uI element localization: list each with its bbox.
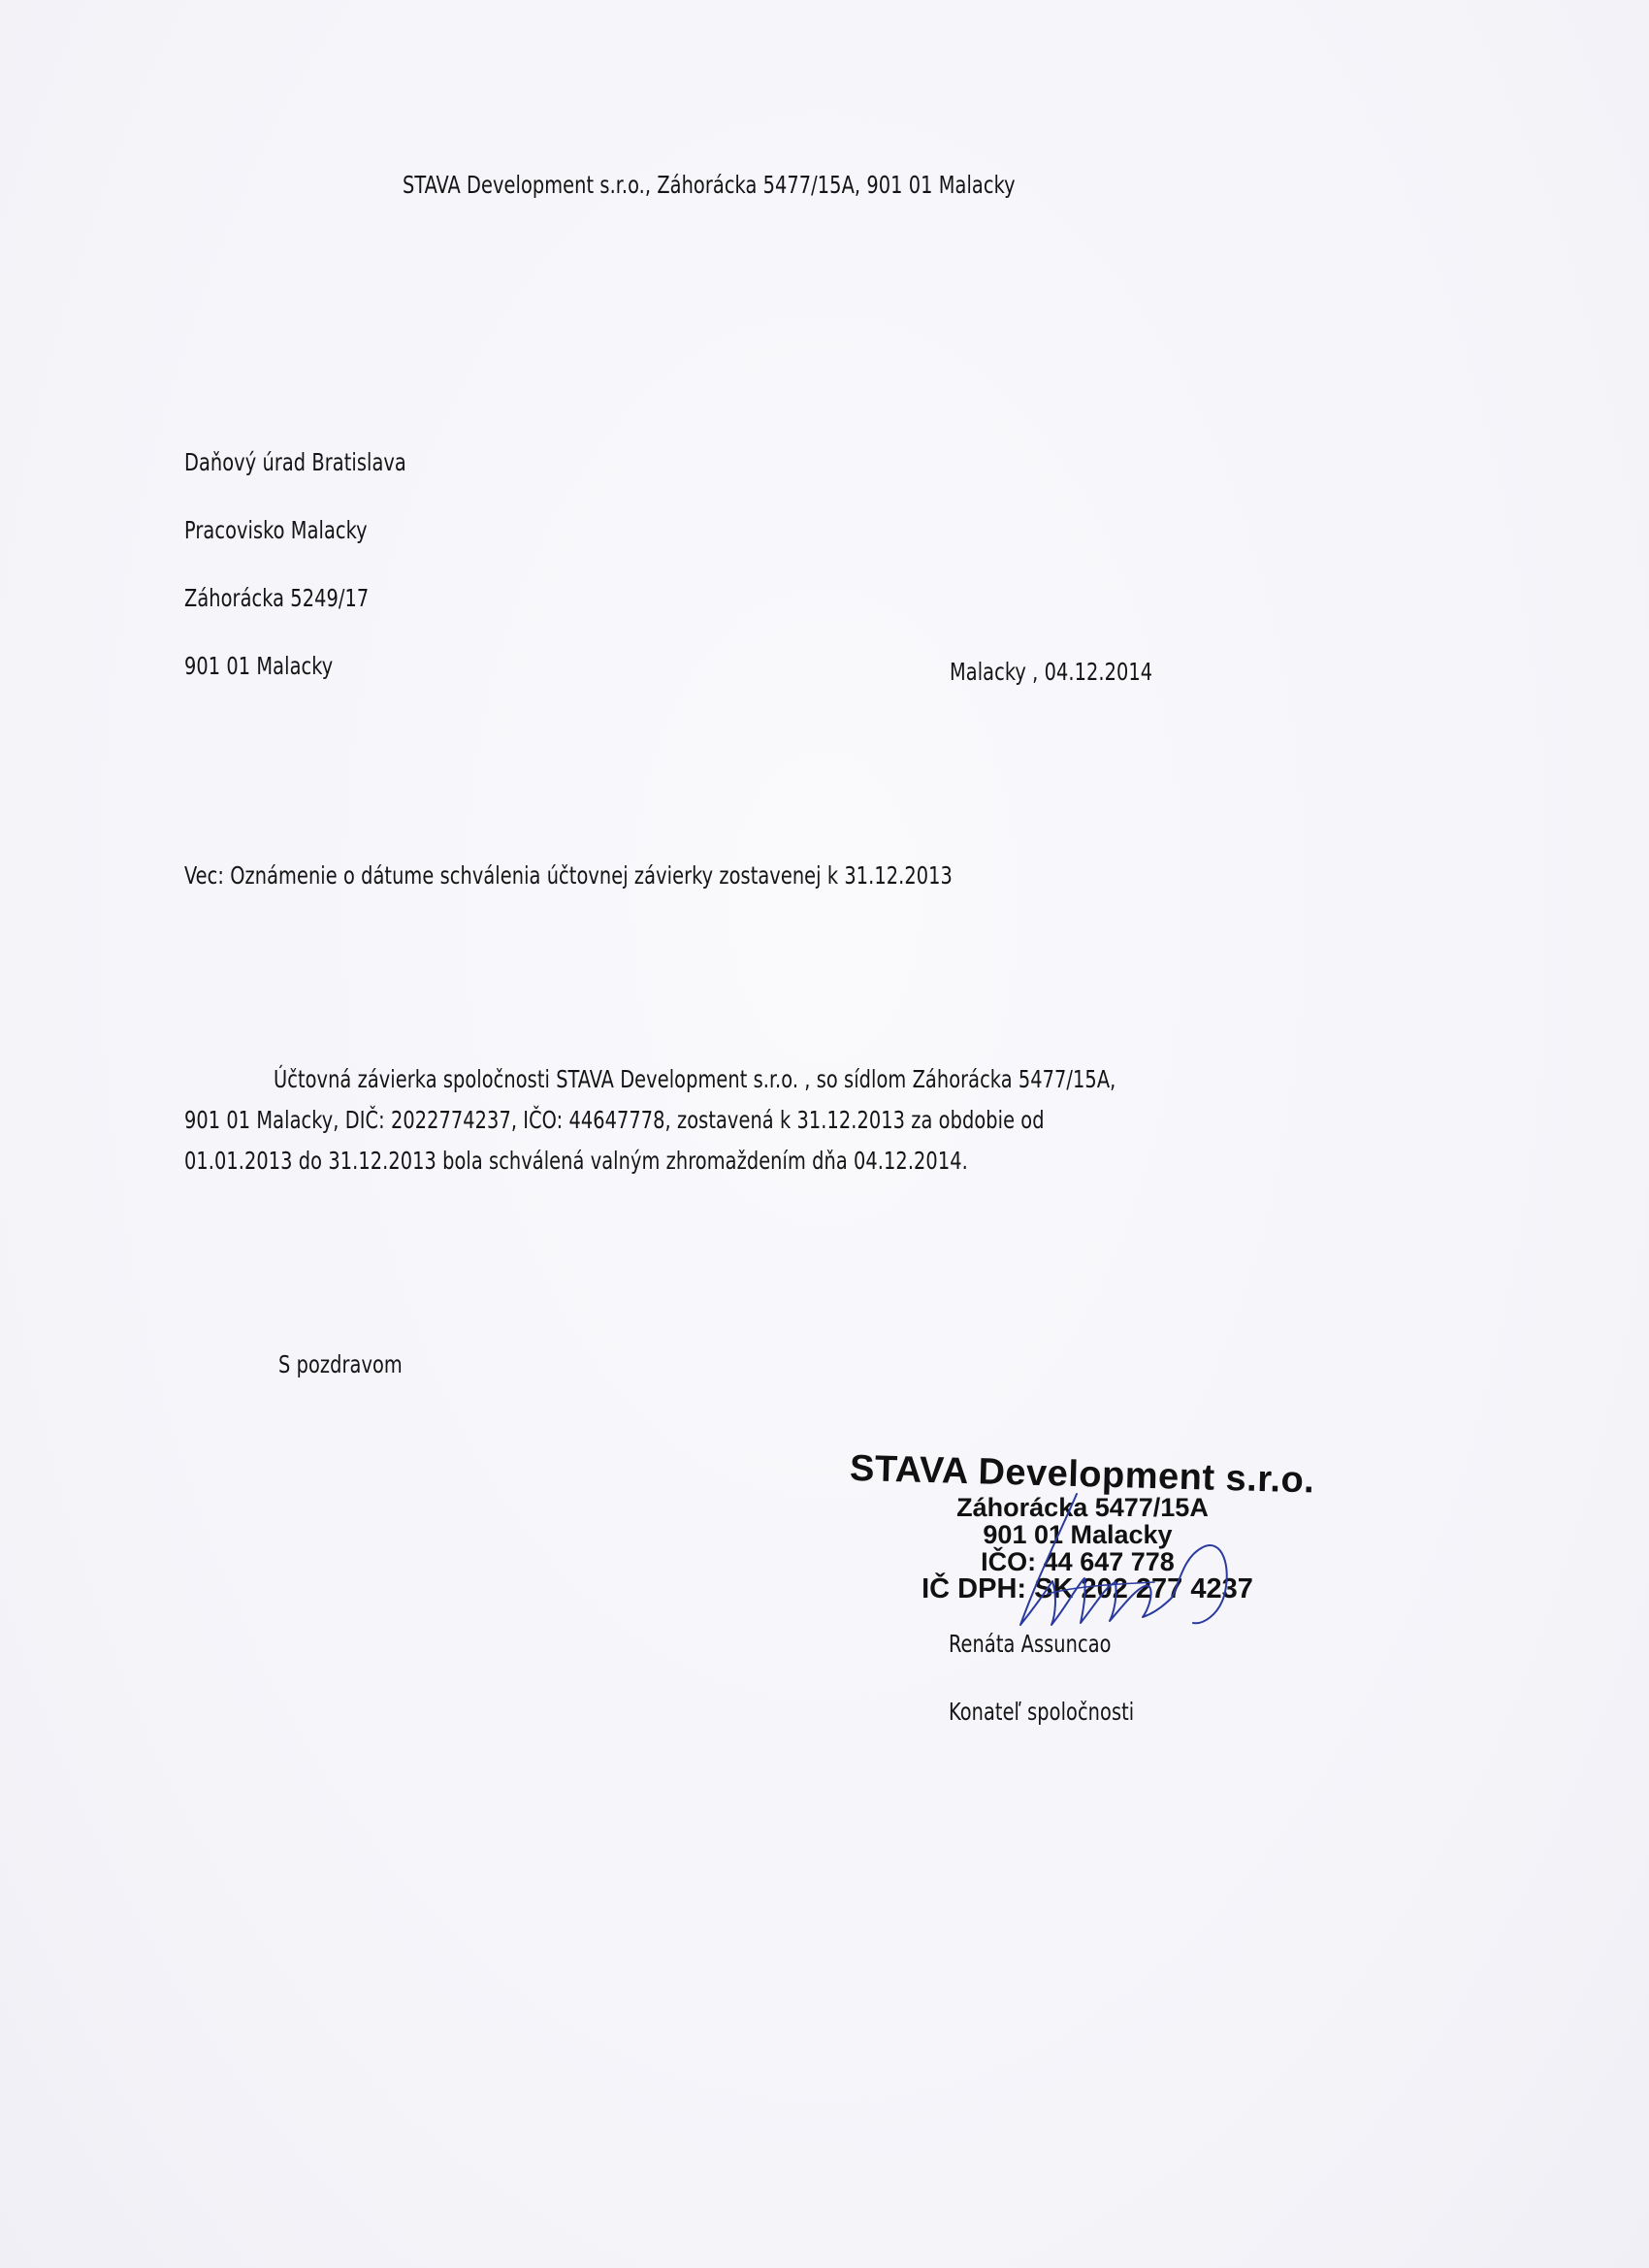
recipient-line-office: Daňový úrad Bratislava: [184, 448, 406, 476]
signer-role: Konateľ spoločnosti: [949, 1698, 1134, 1726]
sender-header: STAVA Development s.r.o., Záhorácka 5477…: [403, 171, 1016, 199]
subject-line: Vec: Oznámenie o dátume schválenia účtov…: [184, 861, 953, 890]
stamp-ico: IČO: 44 647 778: [850, 1548, 1306, 1575]
place-and-date: Malacky , 04.12.2014: [950, 658, 1152, 686]
stamp-ic-dph: IČ DPH: SK 202 277 4237: [869, 1575, 1306, 1603]
closing-greeting: S pozdravom: [278, 1350, 403, 1378]
body-line-1: Účtovná závierka spoločnosti STAVA Devel…: [274, 1065, 1115, 1093]
recipient-line-city: 901 01 Malacky: [184, 652, 333, 680]
scanned-letter-page: STAVA Development s.r.o., Záhorácka 5477…: [0, 0, 1649, 2268]
recipient-line-street: Záhorácka 5249/17: [184, 584, 369, 612]
stamp-company-name: STAVA Development s.r.o.: [850, 1449, 1307, 1500]
body-line-3: 01.01.2013 do 31.12.2013 bola schválená …: [184, 1147, 968, 1175]
body-line-2: 901 01 Malacky, DIČ: 2022774237, IČO: 44…: [184, 1106, 1045, 1134]
signer-name: Renáta Assuncao: [949, 1630, 1112, 1658]
recipient-line-branch: Pracovisko Malacky: [184, 516, 368, 544]
stamp-city: 901 01 Malacky: [850, 1521, 1306, 1548]
company-stamp: STAVA Development s.r.o. Záhorácka 5477/…: [850, 1455, 1306, 1603]
